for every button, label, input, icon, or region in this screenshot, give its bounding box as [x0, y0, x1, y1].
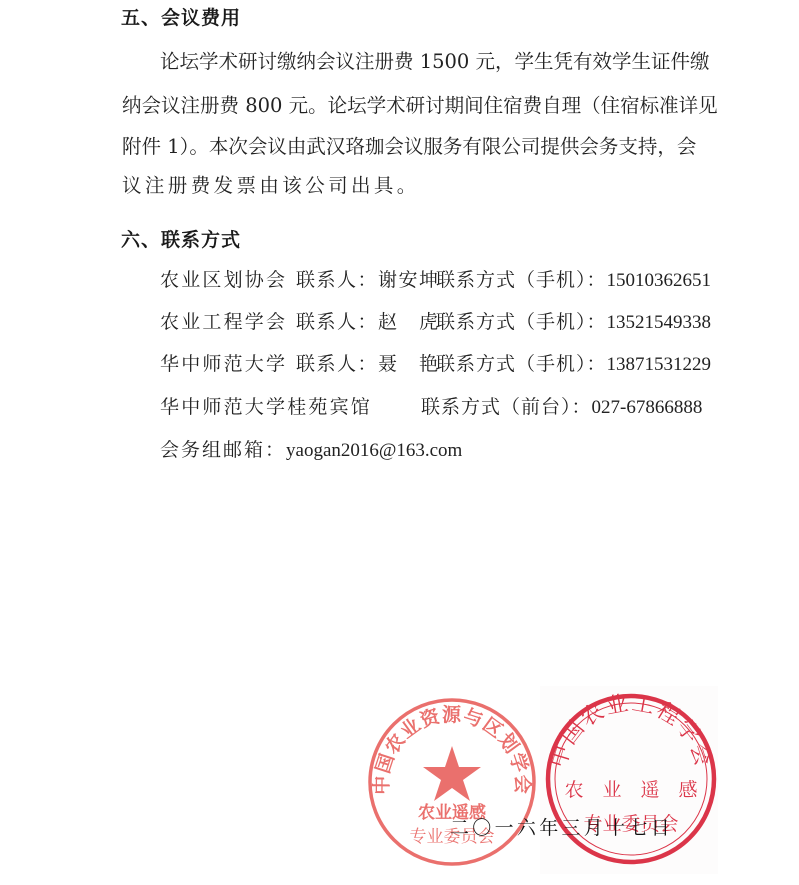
- right-stamp-inner-line1: 农 业 遥 感: [564, 778, 697, 801]
- fees-paragraph-line: 附件 1）。本次会议由武汉珞珈会议服务有限公司提供会务支持，会: [122, 136, 678, 158]
- contact-org: 华中师范大学: [160, 352, 287, 376]
- contact-method-label: 联系方式（手机）：: [436, 269, 607, 291]
- contact-method-label: 联系方式（手机）：: [436, 353, 607, 375]
- contact-row: 农业工程学会 联系人：赵 虎 联系方式（手机）：13521549338: [160, 310, 680, 334]
- contact-row: 农业区划协会 联系人：谢安坤 联系方式（手机）：15010362651: [160, 268, 680, 292]
- fees-paragraph-line: 纳会议注册费 800 元。论坛学术研讨期间住宿费自理（住宿标准详见: [122, 95, 678, 117]
- contact-phone-number: 027-67866888: [592, 397, 703, 418]
- email-row: 会务组邮箱：yaogan2016@163.com: [160, 438, 462, 463]
- star-icon: [423, 746, 481, 801]
- contact-person: 联系人：谢安坤: [296, 268, 440, 292]
- contact-person: 联系人：聂 艳: [296, 352, 440, 376]
- email-label: 会务组邮箱：: [160, 439, 286, 461]
- contact-org: 华中师范大学桂苑宾馆: [160, 395, 372, 419]
- document-page: 五、会议费用 论坛学术研讨缴纳会议注册费 1500 元，学生凭有效学生证件缴 纳…: [0, 0, 799, 885]
- fees-paragraph-line: 论坛学术研讨缴纳会议注册费 1500 元，学生凭有效学生证件缴: [160, 51, 678, 73]
- contact-method: 联系方式（手机）：15010362651: [436, 268, 711, 293]
- contact-row: 华中师范大学 联系人：聂 艳 联系方式（手机）：13871531229: [160, 352, 680, 376]
- contact-method: 联系方式（手机）：13871531229: [436, 352, 711, 377]
- document-date: 二〇一六年三月十七日: [450, 816, 673, 840]
- right-stamp-outer-text: 中国农业工程学会: [546, 692, 716, 771]
- section-heading-fees: 五、会议费用: [121, 7, 241, 29]
- contact-row: 华中师范大学桂苑宾馆 联系方式（前台）：027-67866888: [160, 395, 680, 419]
- contact-org: 农业工程学会: [160, 310, 287, 334]
- email-address[interactable]: yaogan2016@163.com: [286, 440, 462, 461]
- left-seal-stamp: 中国农业资源与区划学会 农业遥感 专业委员会: [366, 696, 538, 868]
- contact-method-label: 联系方式（手机）：: [436, 311, 607, 333]
- contact-method: 联系方式（手机）：13521549338: [436, 310, 711, 335]
- contact-method: 联系方式（前台）：027-67866888: [421, 395, 702, 420]
- svg-text:中国农业工程学会: 中国农业工程学会: [546, 692, 716, 771]
- contact-phone-number: 13521549338: [607, 312, 712, 333]
- contact-phone-number: 15010362651: [607, 270, 712, 291]
- section-heading-contacts: 六、联系方式: [121, 229, 241, 251]
- contact-org: 农业区划协会: [160, 268, 287, 292]
- fees-paragraph-line: 议注册费发票由该公司出具。: [122, 175, 678, 197]
- contact-person: 联系人：赵 虎: [296, 310, 440, 334]
- contact-phone-number: 13871531229: [607, 354, 712, 375]
- contact-method-label: 联系方式（前台）：: [421, 396, 592, 418]
